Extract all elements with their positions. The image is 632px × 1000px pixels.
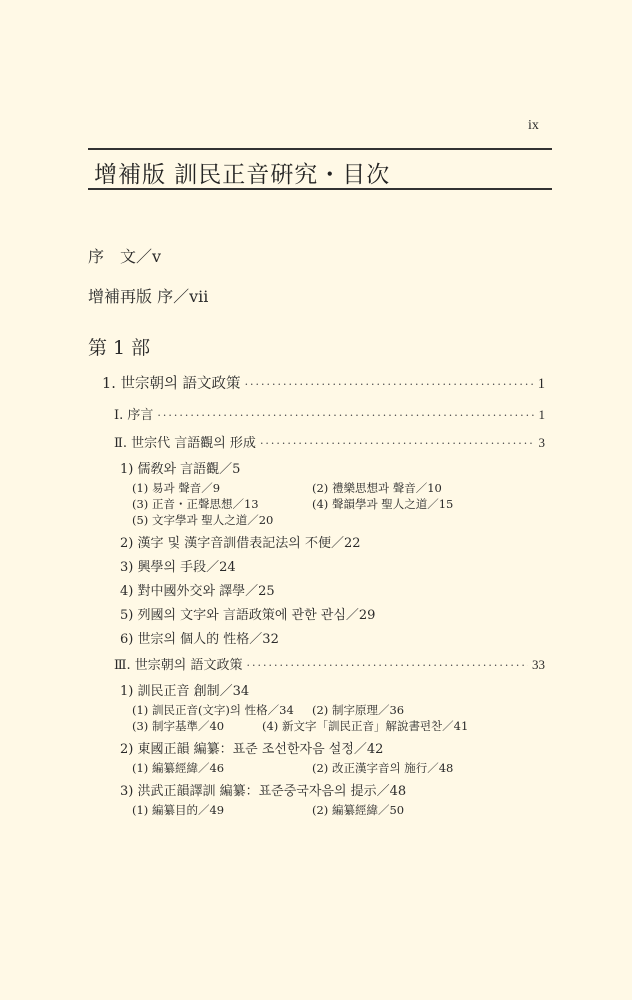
- toc-item[interactable]: 1) 訓民正音 創制／34: [120, 680, 249, 699]
- leader-dots: ········································…: [260, 437, 535, 450]
- toc-subitem[interactable]: (4) 聲韻學과 聖人之道／15: [312, 496, 453, 512]
- toc-subitem[interactable]: (3) 制字基準／40: [132, 718, 224, 734]
- toc-item[interactable]: 5) 列國의 文字와 言語政策에 관한 관심／29: [120, 604, 375, 623]
- toc-item[interactable]: 2) 東國正韻 編纂：표준 조선한자음 설정／42: [120, 738, 383, 757]
- section-label: Ⅱ. 世宗代 言語觀의 形成: [114, 432, 256, 451]
- section-page: 33: [532, 657, 545, 673]
- toc-item[interactable]: 6) 世宗의 個人的 性格／32: [120, 628, 279, 647]
- part-heading: 第 1 部: [88, 333, 150, 360]
- toc-subitem[interactable]: (2) 改正漢字音의 施行／48: [312, 760, 453, 776]
- section-page: 1: [539, 407, 546, 423]
- toc-subitem[interactable]: (4) 新文字「訓民正音」解說書편찬／41: [262, 718, 468, 734]
- toc-subitem[interactable]: (1) 編纂經緯／46: [132, 760, 224, 776]
- toc-section-2[interactable]: Ⅱ. 世宗代 言語觀의 形成 ·························…: [114, 432, 545, 451]
- toc-subitem[interactable]: (5) 文字學과 聖人之道／20: [132, 512, 273, 528]
- toc-item[interactable]: 1) 儒敎와 言語觀／5: [120, 458, 240, 477]
- toc-subitem[interactable]: (1) 編纂目的／49: [132, 802, 224, 818]
- toc-preface: 序 文／v: [88, 244, 161, 267]
- toc-subitem[interactable]: (1) 易과 聲音／9: [132, 480, 220, 496]
- section-label: Ⅰ. 序言: [114, 404, 153, 423]
- toc-subitem[interactable]: (3) 正音・正聲思想／13: [132, 496, 259, 512]
- toc-chapter-1[interactable]: 1. 世宗朝의 語文政策 ···························…: [102, 372, 545, 393]
- toc-section-1[interactable]: Ⅰ. 序言 ··································…: [114, 404, 545, 423]
- leader-dots: ········································…: [245, 378, 534, 391]
- toc-item[interactable]: 4) 對中國外交와 譯學／25: [120, 580, 275, 599]
- page-title: 增補版 訓民正音硏究・目次: [94, 156, 390, 189]
- toc-subitem[interactable]: (2) 制字原理／36: [312, 702, 404, 718]
- toc-subitem[interactable]: (2) 編纂經緯／50: [312, 802, 404, 818]
- toc-item[interactable]: 2) 漢字 및 漢字音訓借表記法의 不便／22: [120, 532, 361, 551]
- section-page: 3: [539, 435, 546, 451]
- toc-item[interactable]: 3) 洪武正韻譯訓 編纂：표준중국자음의 提示／48: [120, 780, 406, 799]
- leader-dots: ········································…: [157, 409, 534, 422]
- toc-subitem[interactable]: (2) 禮樂思想과 聲音／10: [312, 480, 442, 496]
- section-label: Ⅲ. 世宗朝의 語文政策: [114, 654, 243, 673]
- leader-dots: ········································…: [247, 659, 529, 672]
- toc-item[interactable]: 3) 興學의 手段／24: [120, 556, 236, 575]
- toc-revised-preface: 增補再版 序／vii: [88, 284, 208, 307]
- chapter-label: 1. 世宗朝의 語文政策: [102, 372, 241, 393]
- toc-subitem[interactable]: (1) 訓民正音(文字)의 性格／34: [132, 702, 294, 718]
- title-rule-top: [88, 148, 552, 150]
- page-number: ix: [528, 118, 539, 134]
- title-rule-bottom: [88, 188, 552, 190]
- chapter-page: 1: [538, 376, 545, 393]
- toc-section-3[interactable]: Ⅲ. 世宗朝의 語文政策 ···························…: [114, 654, 545, 673]
